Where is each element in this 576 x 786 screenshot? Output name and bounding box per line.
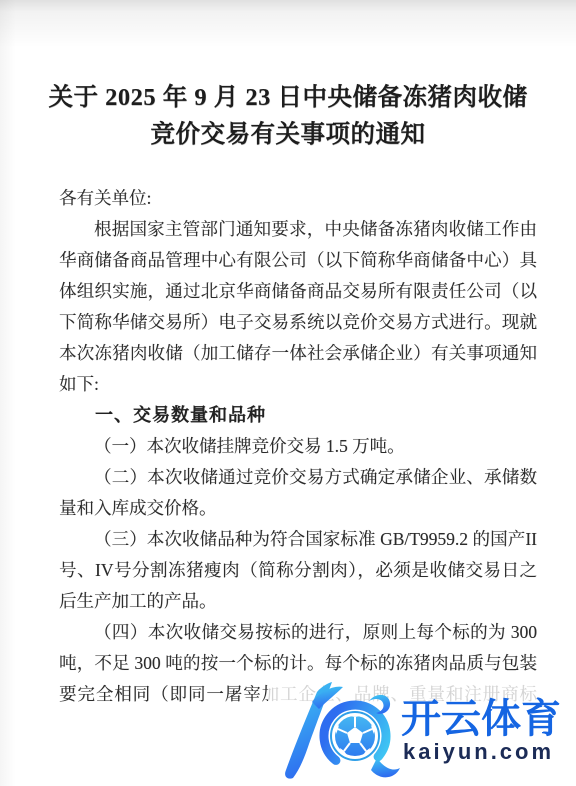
kaiyun-logo-k-soccer-icon <box>281 682 403 782</box>
title-line-2: 竞价交易有关事项的通知 <box>0 116 576 153</box>
item-3-line-3: 后生产加工的产品。 <box>59 586 537 617</box>
intro-line-5: 本次冻猪肉收储（加工储存一体社会承储企业）有关事项通知 <box>59 338 537 369</box>
title-line-1: 关于 2025 年 9 月 23 日中央储备冻猪肉收储 <box>0 79 576 116</box>
intro-line-2: 华商储备商品管理中心有限公司（以下简称华商储备中心）具 <box>59 245 537 276</box>
kaiyun-brand-cn-text: 开云体育 <box>401 697 571 741</box>
intro-line-6: 如下: <box>59 369 537 400</box>
document-body: 各有关单位: 根据国家主管部门通知要求，中央储备冻猪肉收储工作由 华商储备商品管… <box>59 183 537 710</box>
document-title: 关于 2025 年 9 月 23 日中央储备冻猪肉收储 竞价交易有关事项的通知 <box>0 79 576 153</box>
salutation: 各有关单位: <box>59 183 537 214</box>
intro-line-1: 根据国家主管部门通知要求，中央储备冻猪肉收储工作由 <box>59 214 537 245</box>
intro-line-3: 体组织实施，通过北京华商储备商品交易所有限责任公司（以 <box>59 276 537 307</box>
section-1-heading: 一、交易数量和品种 <box>59 400 537 431</box>
item-2-line-2: 量和入库成交价格。 <box>59 493 537 524</box>
scanned-notice-document: 关于 2025 年 9 月 23 日中央储备冻猪肉收储 竞价交易有关事项的通知 … <box>0 0 576 786</box>
intro-line-4: 下简称华储交易所）电子交易系统以竞价交易方式进行。现就 <box>59 307 537 338</box>
item-1-line-1: （一）本次收储挂牌竞价交易 1.5 万吨。 <box>59 431 537 462</box>
item-3-line-1: （三）本次收储品种为符合国家标准 GB/T9959.2 的国产II <box>59 524 537 555</box>
item-2-line-1: （二）本次收储通过竞价交易方式确定承储企业、承储数 <box>59 462 537 493</box>
item-4-line-2: 吨，不足 300 吨的按一个标的计。每个标的冻猪肉品质与包装 <box>59 648 537 679</box>
item-3-line-2: 号、IV号分割冻猪瘦肉（简称分割肉），必须是收储交易日之 <box>59 555 537 586</box>
kaiyun-brand-domain-text: kaiyun.com <box>403 740 573 764</box>
item-4-line-1: （四）本次收储交易按标的进行，原则上每个标的为 300 <box>59 617 537 648</box>
